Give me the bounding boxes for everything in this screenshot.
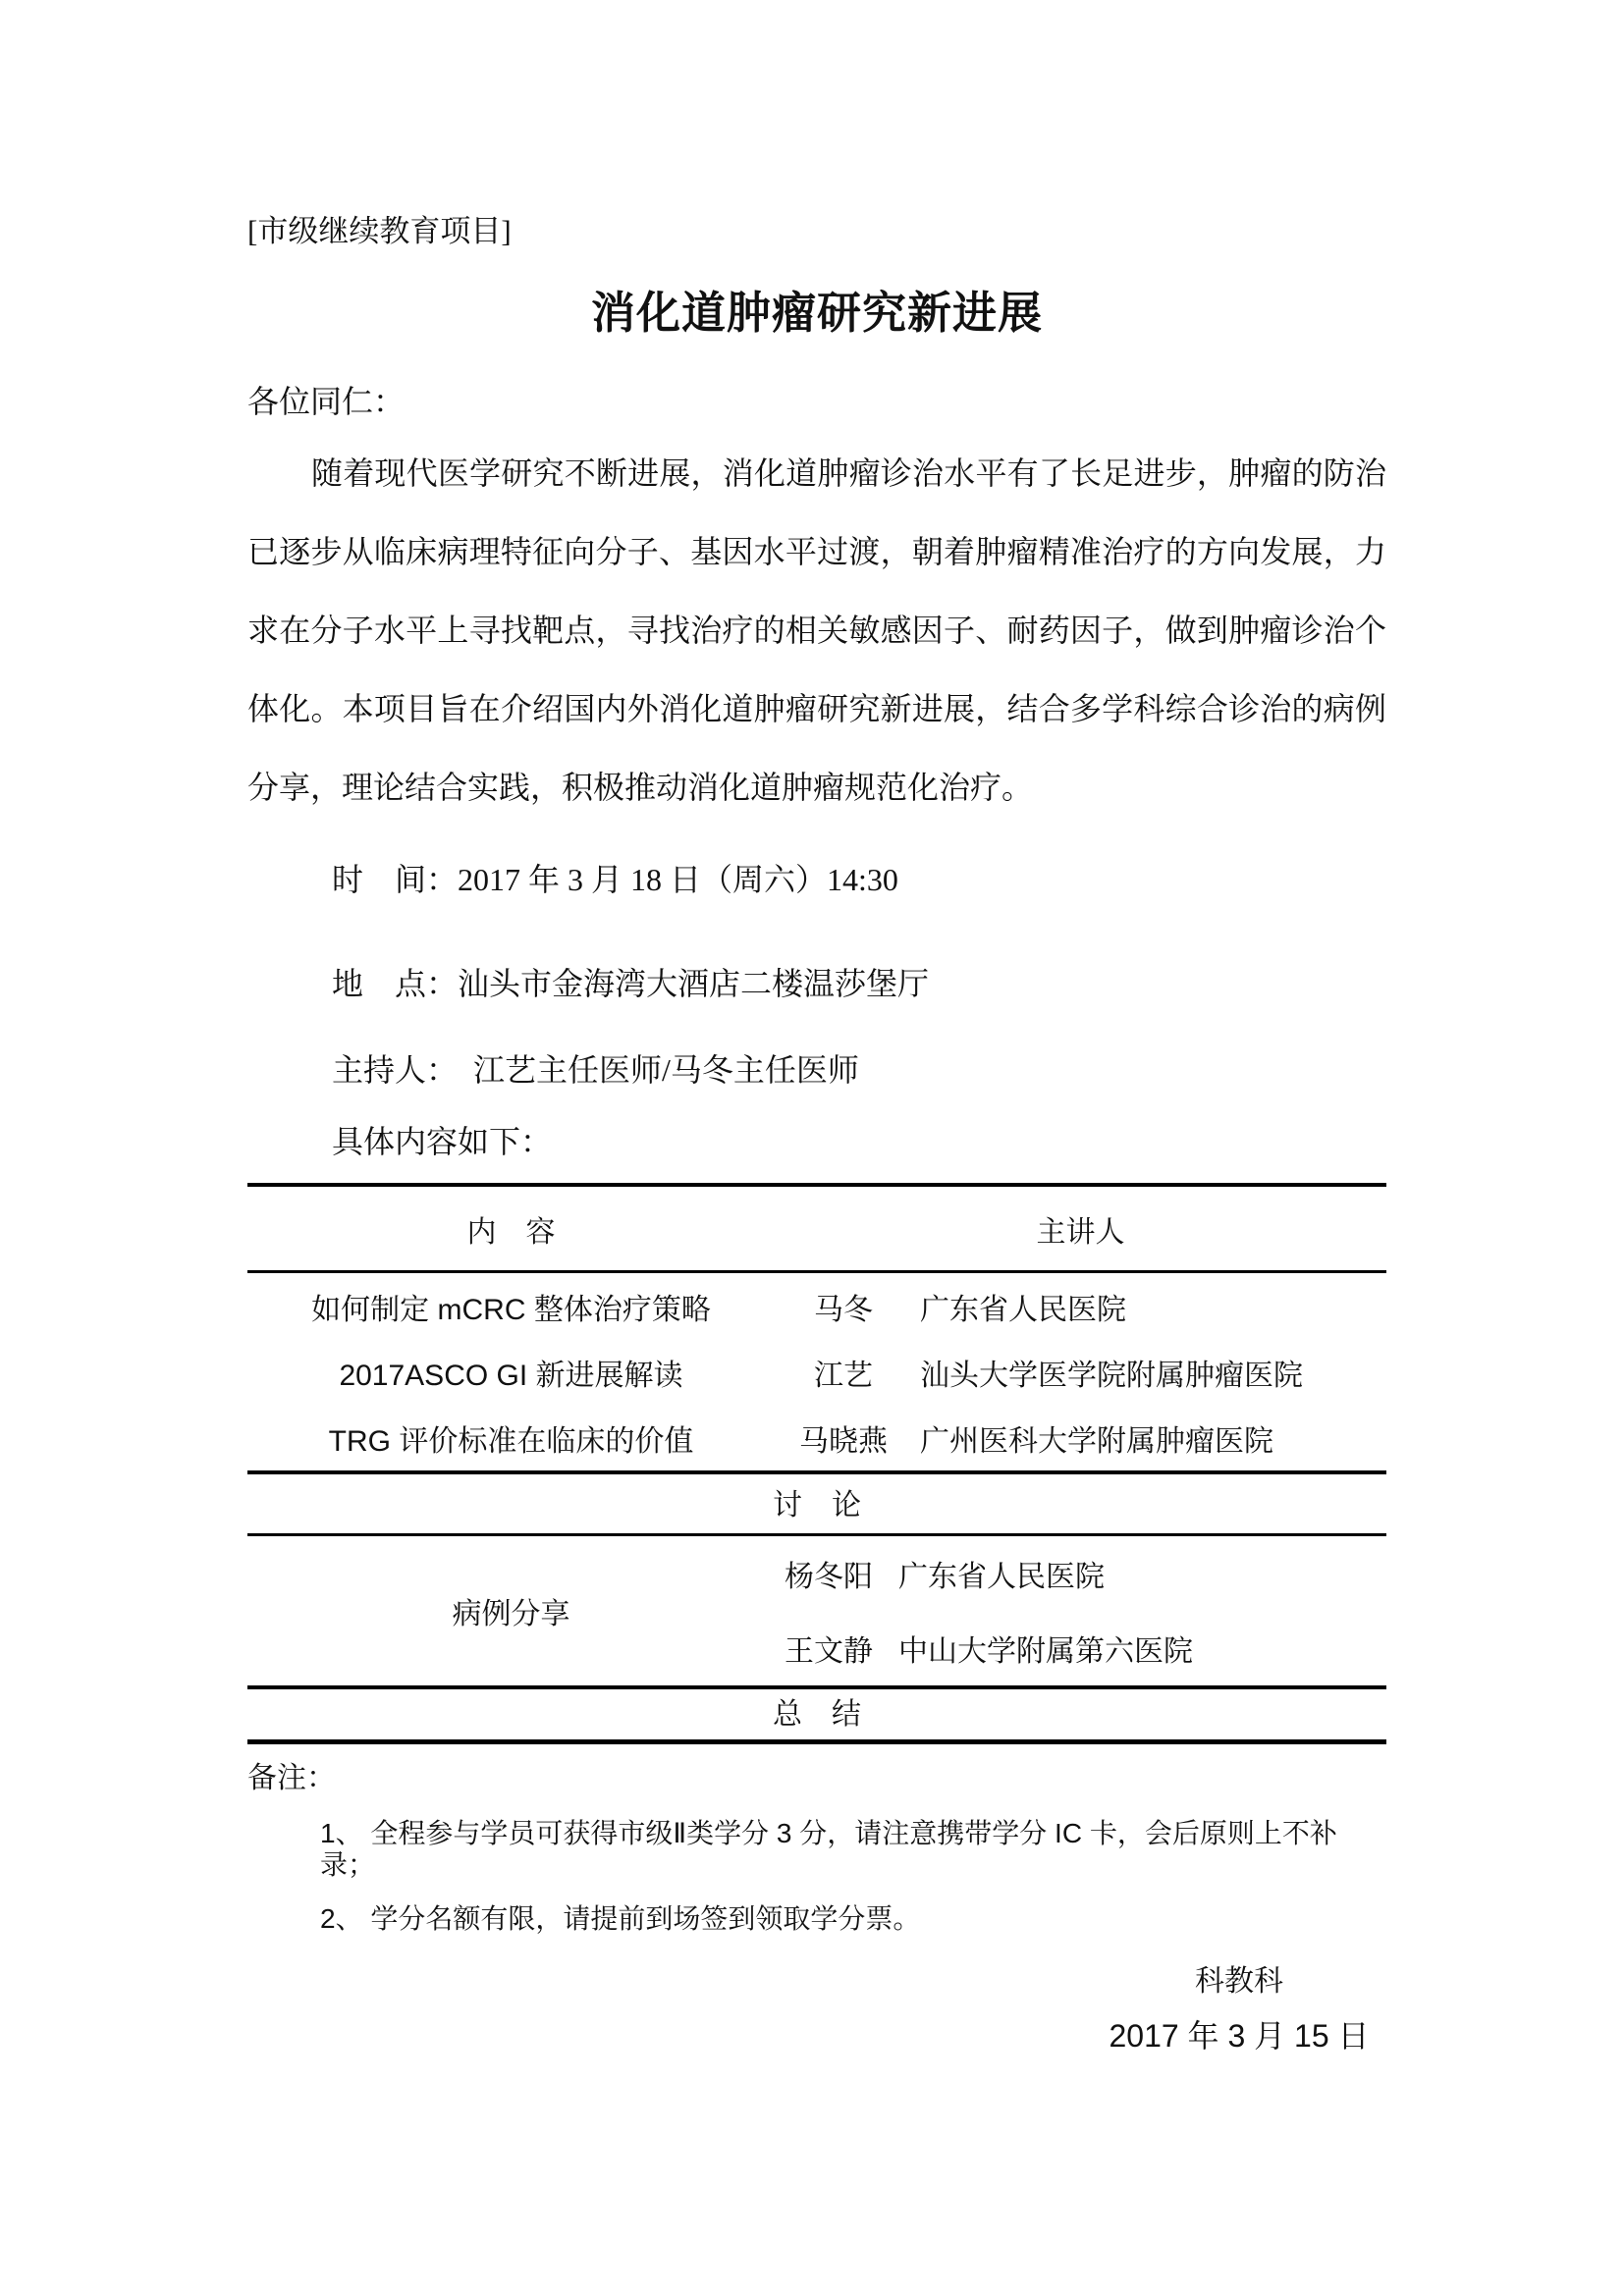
case-entry: 王文静 中山大学附属第六医院	[775, 1611, 1386, 1685]
document-page: [市级继续教育项目] 消化道肿瘤研究新进展 各位同仁： 随着现代医学研究不断进展…	[0, 0, 1624, 2296]
time-label: 时 间：	[332, 862, 458, 897]
discussion-band: 讨 论	[247, 1474, 1386, 1536]
case-hospital: 广东省人民医院	[898, 1552, 1105, 1595]
note-item: 2、 学分名额有限，请提前到场签到领取学分票。	[247, 1903, 1386, 1935]
cell-topic: TRG 评价标准在临床的价值	[247, 1416, 775, 1460]
cell-topic: 2017ASCO GI 新进展解读	[247, 1351, 775, 1394]
case-speaker: 杨冬阳	[785, 1552, 873, 1595]
cell-hospital: 广东省人民医院	[912, 1285, 1386, 1328]
place-label: 地 点：	[332, 966, 458, 1001]
case-entries: 杨冬阳 广东省人民医院 王文静 中山大学附属第六医院	[775, 1536, 1386, 1685]
signature-department: 科教科	[1092, 1965, 1386, 1999]
document-content: [市级继续教育项目] 消化道肿瘤研究新进展 各位同仁： 随着现代医学研究不断进展…	[0, 0, 1624, 2054]
case-hospital: 中山大学附属第六医院	[898, 1627, 1193, 1670]
place-value: 汕头市金海湾大酒店二楼温莎堡厅	[458, 966, 929, 1001]
cell-hospital: 广州医科大学附属肿瘤医院	[912, 1416, 1386, 1460]
note-item: 1、 全程参与学员可获得市级Ⅱ类学分 3 分，请注意携带学分 IC 卡，会后原则…	[247, 1818, 1386, 1881]
content-intro: 具体内容如下：	[247, 1121, 1386, 1162]
case-share-section: 病例分享 杨冬阳 广东省人民医院 王文静 中山大学附属第六医院	[247, 1536, 1386, 1689]
info-line-place: 地 点：汕头市金海湾大酒店二楼温莎堡厅	[247, 963, 1386, 1004]
summary-band: 总 结	[247, 1689, 1386, 1739]
agenda-table: 内 容 主讲人 如何制定 mCRC 整体治疗策略 马冬 广东省人民医院 2017…	[247, 1183, 1386, 1744]
agenda-rows: 如何制定 mCRC 整体治疗策略 马冬 广东省人民医院 2017ASCO GI …	[247, 1273, 1386, 1474]
table-row: 2017ASCO GI 新进展解读 江艺 汕头大学医学院附属肿瘤医院	[247, 1339, 1386, 1405]
cell-speaker: 马冬	[775, 1285, 912, 1328]
case-entry: 杨冬阳 广东省人民医院	[775, 1536, 1386, 1611]
time-value: 2017 年 3 月 18 日（周六）14:30	[458, 862, 898, 897]
case-share-label: 病例分享	[247, 1589, 775, 1632]
host-value: 江艺主任医师/马冬主任医师	[442, 1052, 859, 1088]
table-header-row: 内 容 主讲人	[247, 1187, 1386, 1273]
meeting-info: 时 间：2017 年 3 月 18 日（周六）14:30 地 点：汕头市金海湾大…	[247, 859, 1386, 1162]
document-title: 消化道肿瘤研究新进展	[247, 289, 1386, 338]
table-row: 如何制定 mCRC 整体治疗策略 马冬 广东省人民医院	[247, 1273, 1386, 1339]
intro-paragraph: 随着现代医学研究不断进展，消化道肿瘤诊治水平有了长足进步，肿瘤的防治已逐步从临床…	[247, 434, 1386, 827]
header-speaker-label: 主讲人	[775, 1207, 1386, 1251]
signature-block: 科教科 2017 年 3 月 15 日	[1092, 1965, 1386, 2054]
salutation: 各位同仁：	[247, 384, 1386, 419]
info-line-time: 时 间：2017 年 3 月 18 日（周六）14:30	[247, 859, 1386, 900]
cell-speaker: 江艺	[775, 1351, 912, 1394]
cell-topic: 如何制定 mCRC 整体治疗策略	[247, 1285, 775, 1328]
notes-section: 备注： 1、 全程参与学员可获得市级Ⅱ类学分 3 分，请注意携带学分 IC 卡，…	[247, 1762, 1386, 1935]
signature-date: 2017 年 3 月 15 日	[1092, 2018, 1386, 2054]
host-label: 主持人：	[332, 1052, 442, 1088]
cell-hospital: 汕头大学医学院附属肿瘤医院	[912, 1351, 1386, 1394]
info-line-host: 主持人： 江艺主任医师/马冬主任医师	[247, 1049, 1386, 1091]
case-speaker: 王文静	[785, 1627, 873, 1670]
table-row: TRG 评价标准在临床的价值 马晓燕 广州医科大学附属肿瘤医院	[247, 1405, 1386, 1470]
cell-speaker: 马晓燕	[775, 1416, 912, 1460]
header-content-label: 内 容	[247, 1207, 775, 1251]
notes-label: 备注：	[247, 1762, 1386, 1795]
project-tag: [市级继续教育项目]	[247, 215, 1386, 248]
